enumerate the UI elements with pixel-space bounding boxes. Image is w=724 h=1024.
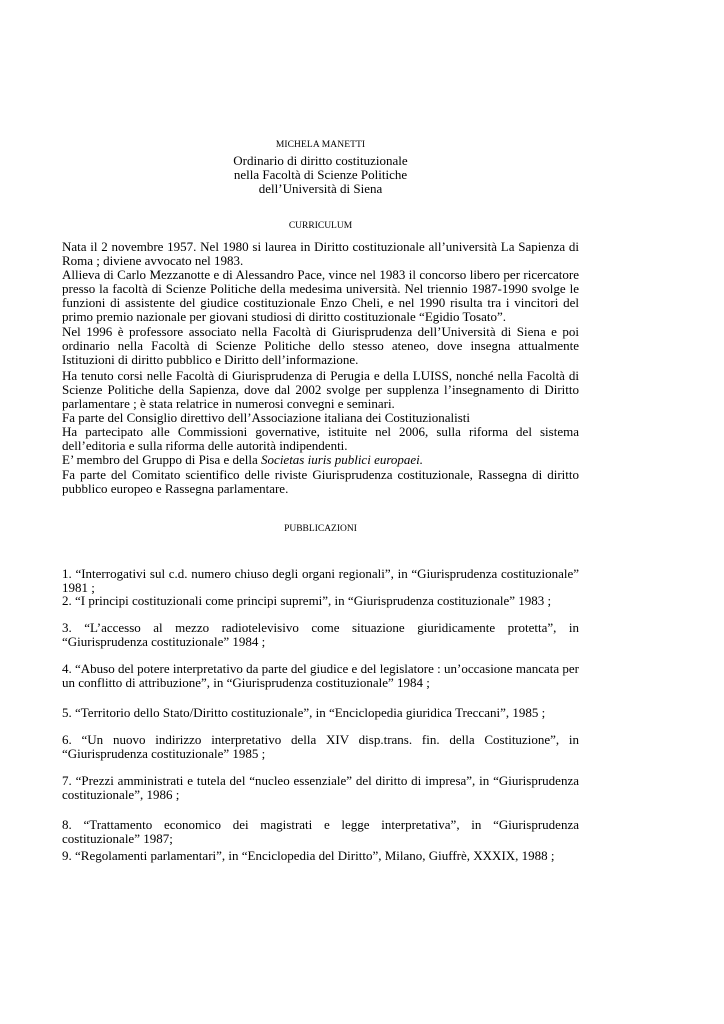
society-name: Societas iuris publici europaei.	[261, 452, 423, 467]
publication-item: 2. “I principi costituzionali come princ…	[62, 594, 579, 608]
publication-item: 7. “Prezzi amministrati e tutela del “nu…	[62, 774, 579, 803]
publication-item: 6. “Un nuovo indirizzo interpretativo de…	[62, 733, 579, 762]
publication-item: 1. “Interrogativi sul c.d. numero chiuso…	[62, 567, 579, 596]
position-line: nella Facoltà di Scienze Politiche	[62, 168, 579, 182]
publications-heading: PUBBLICAZIONI	[62, 524, 579, 534]
cv-paragraph-membership: E’ membro del Gruppo di Pisa e della Soc…	[62, 453, 579, 467]
membership-text: E’ membro del Gruppo di Pisa e della	[62, 452, 261, 467]
position-line: Ordinario di diritto costituzionale	[62, 154, 579, 168]
cv-paragraph: Nel 1996 è professore associato nella Fa…	[62, 325, 579, 367]
publication-item: 9. “Regolamenti parlamentari”, in “Encic…	[62, 849, 579, 863]
position-line: dell’Università di Siena	[62, 182, 579, 196]
cv-paragraph: Ha tenuto corsi nelle Facoltà di Giurisp…	[62, 369, 579, 411]
cv-paragraph: Fa parte del Comitato scientifico delle …	[62, 468, 579, 496]
author-name: MICHELA MANETTI	[62, 140, 579, 150]
cv-paragraph: Allieva di Carlo Mezzanotte e di Alessan…	[62, 268, 579, 324]
publication-item: 4. “Abuso del potere interpretativo da p…	[62, 662, 579, 691]
cv-paragraph: Ha partecipato alle Commissioni governat…	[62, 425, 579, 453]
publication-item: 5. “Territorio dello Stato/Diritto costi…	[62, 706, 579, 720]
cv-paragraph: Nata il 2 novembre 1957. Nel 1980 si lau…	[62, 240, 579, 268]
publication-item: 8. “Trattamento economico dei magistrati…	[62, 818, 579, 847]
cv-paragraph: Fa parte del Consiglio direttivo dell’As…	[62, 411, 579, 425]
publication-item: 3. “L’accesso al mezzo radiotelevisivo c…	[62, 621, 579, 650]
curriculum-body: Nata il 2 novembre 1957. Nel 1980 si lau…	[62, 240, 579, 496]
author-position: Ordinario di diritto costituzionale nell…	[62, 154, 579, 196]
curriculum-heading: CURRICULUM	[62, 221, 579, 231]
